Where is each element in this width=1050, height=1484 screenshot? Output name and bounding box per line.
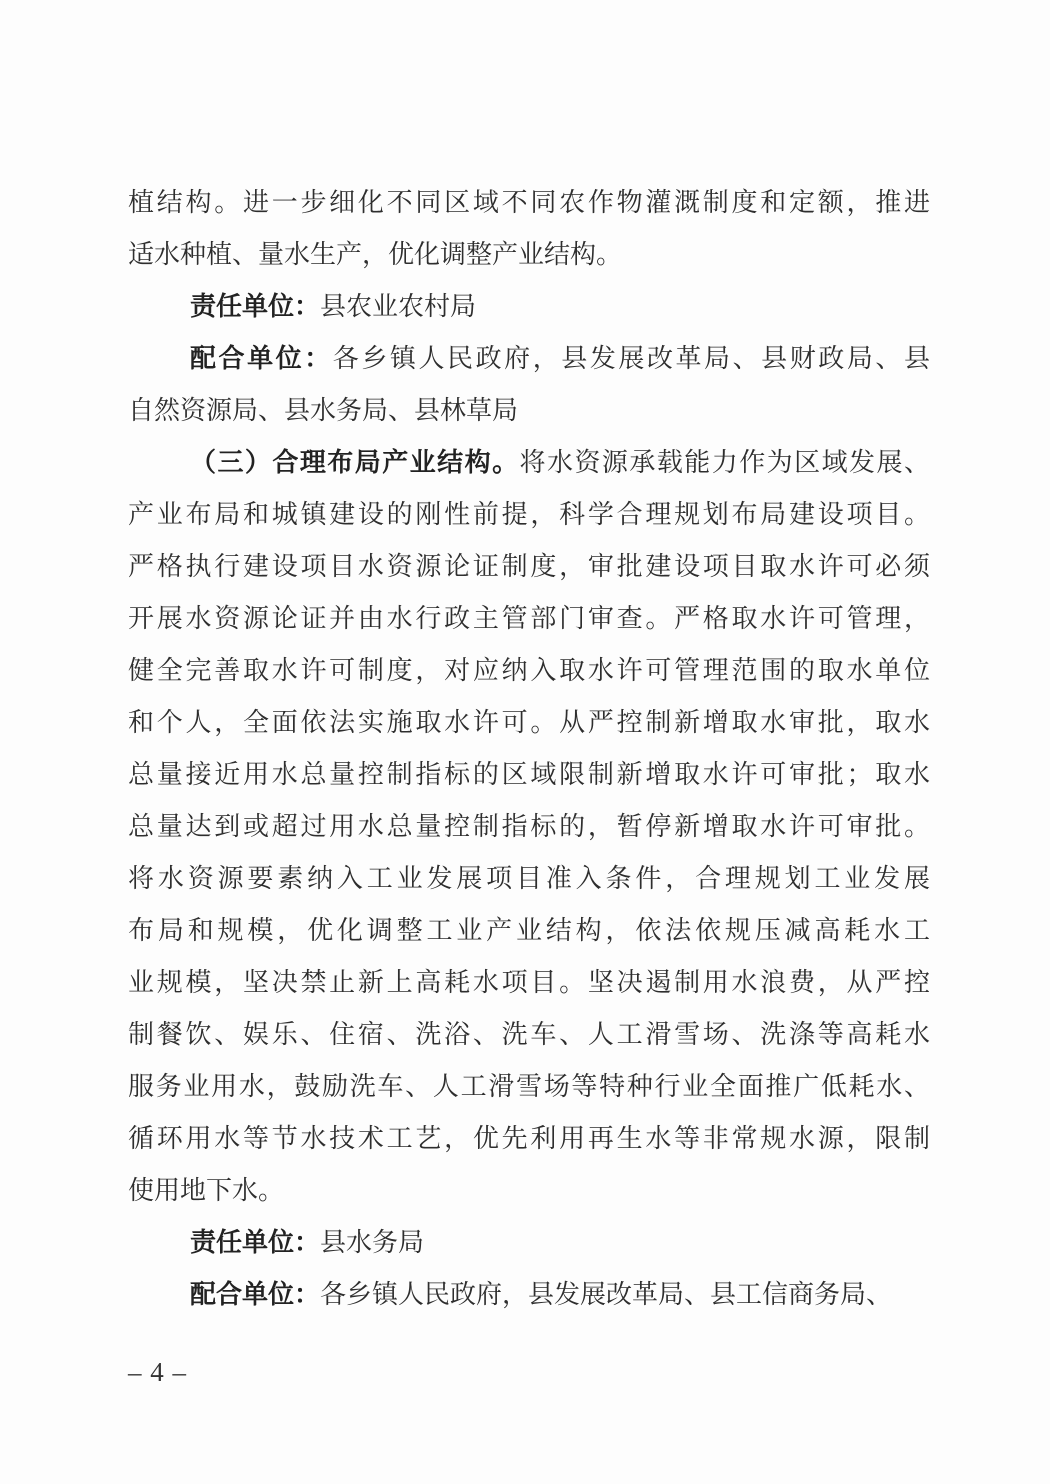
line-text: 健全完善取水许可制度，对应纳入取水许可管理范围的取水单位 [128,656,930,685]
text-line: 配合单位：各乡镇人民政府，县发展改革局、县财政局、县 [128,333,930,385]
text-line: 责任单位：县水务局 [128,1217,930,1269]
text-line: 自然资源局、县水务局、县林草局 [128,385,930,437]
emphasis-label: 配合单位： [190,344,333,373]
line-text: 适水种植、量水生产，优化调整产业结构。 [128,240,622,269]
emphasis-label: （三）合理布局产业结构。 [190,448,520,477]
line-text: 产业布局和城镇建设的刚性前提，科学合理规划布局建设项目。 [128,500,930,529]
emphasis-label: 责任单位： [190,292,320,321]
line-text: 县水务局 [320,1228,424,1257]
text-line: 责任单位：县农业农村局 [128,281,930,333]
text-line: 循环用水等节水技术工艺，优先利用再生水等非常规水源，限制 [128,1113,930,1165]
line-text: 植结构。进一步细化不同区域不同农作物灌溉制度和定额，推进 [128,188,930,217]
text-line: 开展水资源论证并由水行政主管部门审查。严格取水许可管理， [128,593,930,645]
text-line: 业规模，坚决禁止新上高耗水项目。坚决遏制用水浪费，从严控 [128,957,930,1009]
emphasis-label: 责任单位： [190,1228,320,1257]
line-text: 循环用水等节水技术工艺，优先利用再生水等非常规水源，限制 [128,1124,930,1153]
line-text: 县农业农村局 [320,292,476,321]
page-number: – 4 – [128,1352,187,1392]
line-text: 服务业用水，鼓励洗车、人工滑雪场等特种行业全面推广低耗水、 [128,1072,930,1101]
text-line: 总量接近用水总量控制指标的区域限制新增取水许可审批；取水 [128,749,930,801]
text-line: 严格执行建设项目水资源论证制度，审批建设项目取水许可必须 [128,541,930,593]
text-line: 植结构。进一步细化不同区域不同农作物灌溉制度和定额，推进 [128,177,930,229]
line-text: 将水资源承载能力作为区域发展、 [520,448,930,477]
line-text: 使用地下水。 [128,1176,284,1205]
line-text: 将水资源要素纳入工业发展项目准入条件，合理规划工业发展 [128,864,930,893]
line-text: 制餐饮、娱乐、住宿、洗浴、洗车、人工滑雪场、洗涤等高耗水 [128,1020,930,1049]
text-line: 和个人，全面依法实施取水许可。从严控制新增取水审批，取水 [128,697,930,749]
text-line: 配合单位：各乡镇人民政府，县发展改革局、县工信商务局、 [128,1269,930,1321]
text-line: 总量达到或超过用水总量控制指标的，暂停新增取水许可审批。 [128,801,930,853]
line-text: 业规模，坚决禁止新上高耗水项目。坚决遏制用水浪费，从严控 [128,968,930,997]
line-text: 各乡镇人民政府，县发展改革局、县财政局、县 [333,344,930,373]
text-line: （三）合理布局产业结构。将水资源承载能力作为区域发展、 [128,437,930,489]
line-text: 和个人，全面依法实施取水许可。从严控制新增取水审批，取水 [128,708,930,737]
line-text: 总量接近用水总量控制指标的区域限制新增取水许可审批；取水 [128,760,930,789]
text-line: 健全完善取水许可制度，对应纳入取水许可管理范围的取水单位 [128,645,930,697]
text-line: 产业布局和城镇建设的刚性前提，科学合理规划布局建设项目。 [128,489,930,541]
emphasis-label: 配合单位： [190,1280,320,1309]
document-page: 植结构。进一步细化不同区域不同农作物灌溉制度和定额，推进适水种植、量水生产，优化… [0,0,1050,1484]
line-text: 自然资源局、县水务局、县林草局 [128,396,518,425]
document-body: 植结构。进一步细化不同区域不同农作物灌溉制度和定额，推进适水种植、量水生产，优化… [128,177,930,1321]
line-text: 开展水资源论证并由水行政主管部门审查。严格取水许可管理， [128,604,930,633]
text-line: 使用地下水。 [128,1165,930,1217]
line-text: 严格执行建设项目水资源论证制度，审批建设项目取水许可必须 [128,552,930,581]
line-text: 各乡镇人民政府，县发展改革局、县工信商务局、 [320,1280,892,1309]
text-line: 服务业用水，鼓励洗车、人工滑雪场等特种行业全面推广低耗水、 [128,1061,930,1113]
text-line: 制餐饮、娱乐、住宿、洗浴、洗车、人工滑雪场、洗涤等高耗水 [128,1009,930,1061]
text-line: 将水资源要素纳入工业发展项目准入条件，合理规划工业发展 [128,853,930,905]
text-line: 适水种植、量水生产，优化调整产业结构。 [128,229,930,281]
line-text: 布局和规模，优化调整工业产业结构，依法依规压减高耗水工 [128,916,930,945]
line-text: 总量达到或超过用水总量控制指标的，暂停新增取水许可审批。 [128,812,930,841]
text-line: 布局和规模，优化调整工业产业结构，依法依规压减高耗水工 [128,905,930,957]
